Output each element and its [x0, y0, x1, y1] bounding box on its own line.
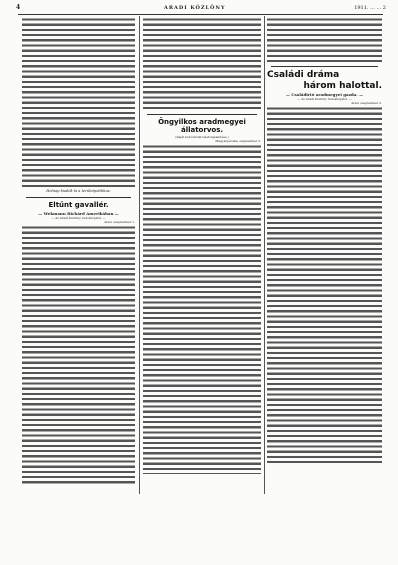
article-text	[22, 225, 135, 485]
page-header: 4 ARADI KÖZLÖNY 1911. ... ... 2	[14, 4, 392, 14]
column-2: Öngyilkos aradmegyei állatorvos. (Saját …	[143, 17, 261, 492]
signoff: Holnap kiadók ki a területpolitikus.	[22, 189, 135, 194]
article-title: Öngyilkos aradmegyei állatorvos.	[143, 118, 261, 134]
page-number: 4	[16, 4, 20, 11]
article-text	[22, 17, 135, 189]
divider	[271, 66, 378, 67]
newspaper-page: 4 ARADI KÖZLÖNY 1911. ... ... 2 Holnap k…	[0, 0, 398, 565]
article-text	[143, 17, 261, 111]
divider	[26, 197, 131, 198]
article-text	[143, 144, 261, 474]
article-title-line2: három halottal.	[267, 81, 382, 91]
article-title: Eltűnt gavallér.	[22, 201, 135, 210]
column-divider	[264, 16, 265, 494]
article-text	[267, 17, 382, 63]
divider	[147, 114, 257, 115]
header-rule	[18, 14, 383, 15]
column-3: Családi dráma három halottal. — Családir…	[267, 17, 382, 492]
newspaper-title: ARADI KÖZLÖNY	[164, 5, 226, 11]
column-divider	[139, 16, 140, 494]
column-1: Holnap kiadók ki a területpolitikus. Elt…	[22, 17, 135, 492]
issue-date: 1911. ... ... 2	[354, 5, 386, 11]
article-text	[267, 106, 382, 466]
article-title-line1: Családi dráma	[267, 70, 382, 80]
